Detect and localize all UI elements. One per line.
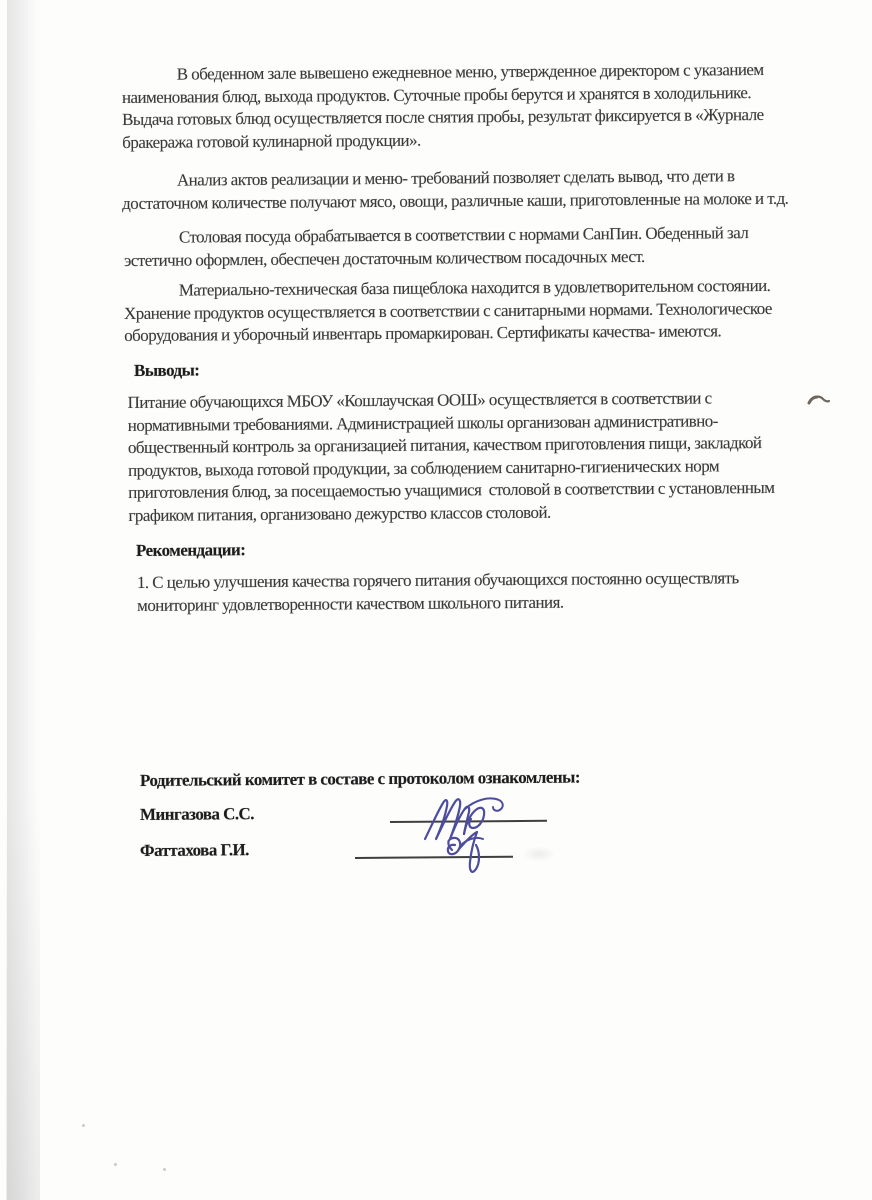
pen-mark (806, 391, 832, 409)
dust-speck (163, 1168, 166, 1171)
paragraph-tableware-sanpin: Столовая посуда обрабатывается в соответ… (124, 222, 749, 272)
handwritten-signature-2 (436, 828, 496, 882)
conclusions-heading: Выводы: (134, 359, 200, 382)
dust-speck (82, 1124, 85, 1127)
recommendations-heading: Рекомендации: (136, 539, 246, 562)
scan-edge-shadow-bottom (6, 780, 40, 1200)
paragraph-analysis-acts: Анализ актов реализации и меню- требован… (122, 165, 789, 215)
scan-smudge (522, 846, 556, 862)
scanned-page: В обеденном зале вывешено ежедневное мен… (0, 0, 872, 1200)
signatory-name-2: Фаттахова Г.И. (140, 839, 249, 862)
paragraph-dining-hall-menu: В обеденном зале вывешено ежедневное мен… (122, 59, 765, 154)
conclusions-paragraph: Питание обучающихся МБОУ «Кошлаучская ОО… (127, 387, 774, 527)
recommendation-item-1: 1. С целью улучшения качества горячего п… (137, 567, 739, 617)
paragraph-material-base: Материально-техническая база пищеблока н… (124, 275, 772, 348)
dust-speck (114, 1163, 117, 1166)
signatory-name-1: Мингазова С.С. (140, 803, 254, 826)
signature-block-heading: Родительский комитет в составе с протоко… (140, 767, 580, 793)
